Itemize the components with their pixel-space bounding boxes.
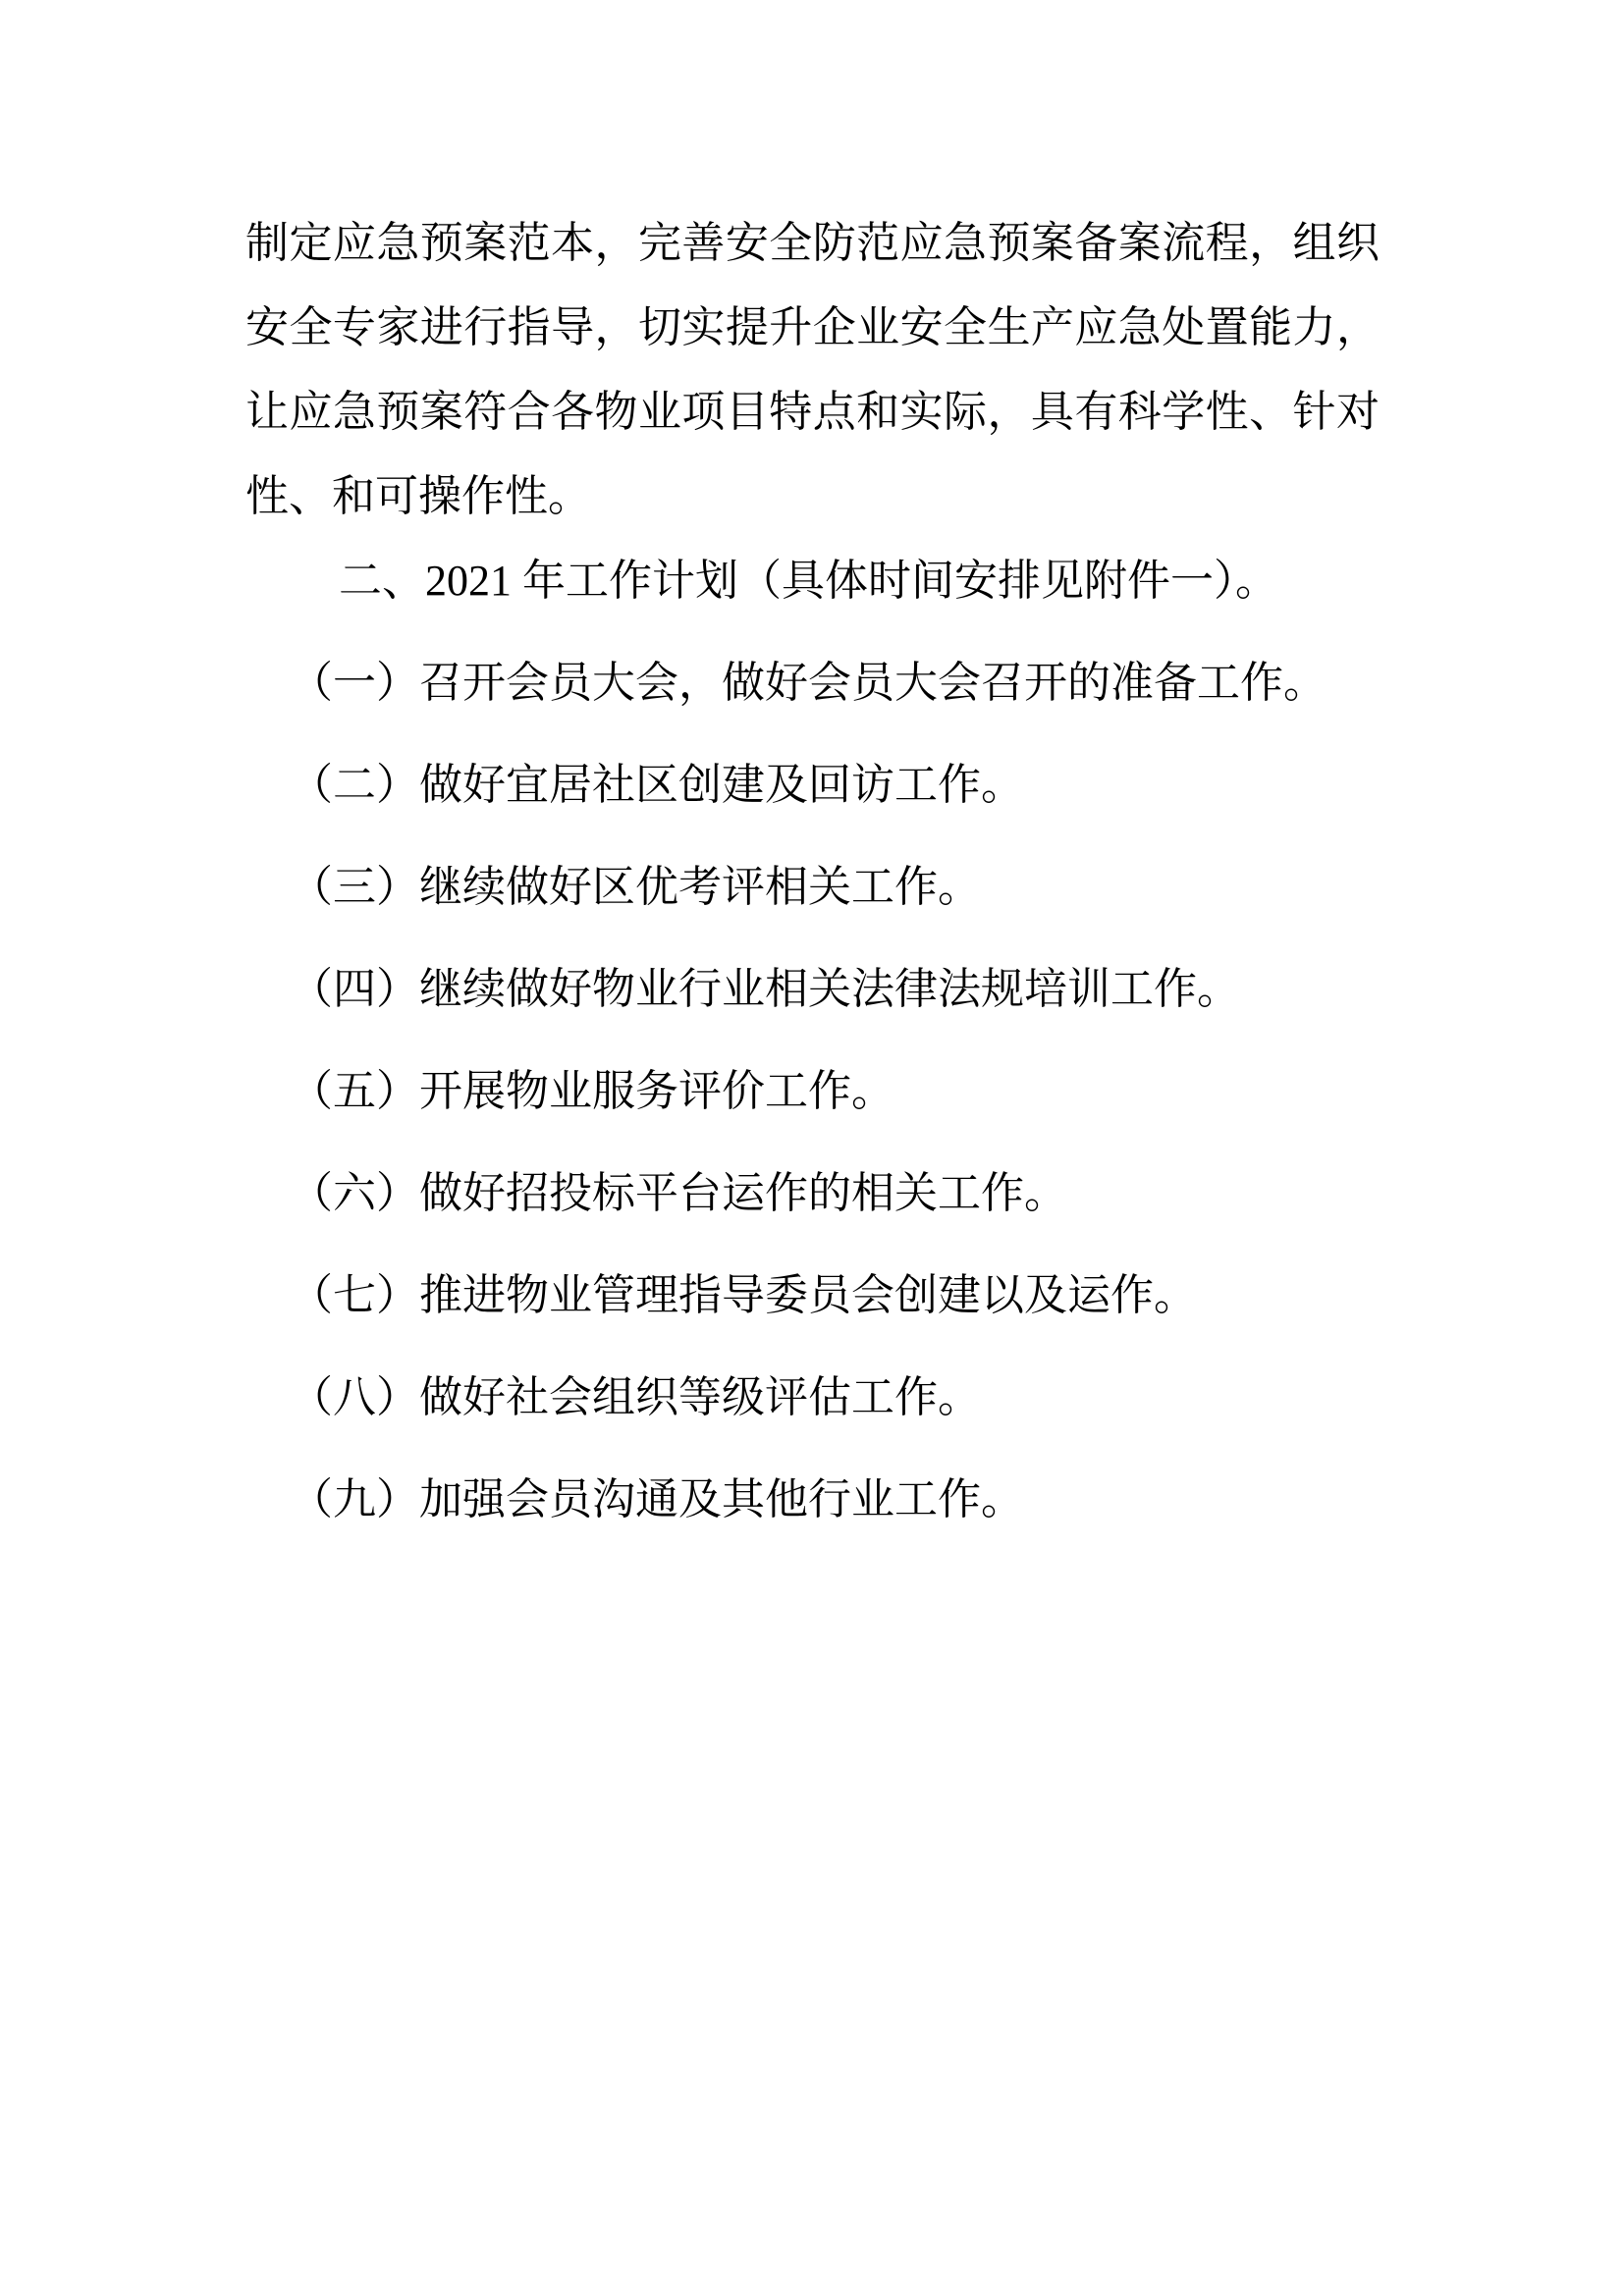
document-text-block: 制定应急预案范本，完善安全防范应急预案备案流程，组织 安全专家进行指导，切实提升… [245, 201, 1380, 1542]
body-paragraph-line-2: 安全专家进行指导，切实提升企业安全生产应急处置能力， [245, 286, 1380, 370]
work-plan-item-5: （五）开展物业服务评价工作。 [245, 1049, 1380, 1134]
body-paragraph-line-4: 性、和可操作性。 [245, 454, 1380, 539]
work-plan-item-9: （九）加强会员沟通及其他行业工作。 [245, 1458, 1380, 1542]
work-plan-item-8: （八）做好社会组织等级评估工作。 [245, 1356, 1380, 1440]
body-paragraph-line-1: 制定应急预案范本，完善安全防范应急预案备案流程，组织 [245, 201, 1380, 286]
work-plan-item-4: （四）继续做好物业行业相关法律法规培训工作。 [245, 947, 1380, 1032]
work-plan-item-1: （一）召开会员大会，做好会员大会召开的准备工作。 [245, 641, 1380, 725]
work-plan-item-2: （二）做好宜居社区创建及回访工作。 [245, 743, 1380, 828]
body-paragraph: 制定应急预案范本，完善安全防范应急预案备案流程，组织 安全专家进行指导，切实提升… [245, 201, 1380, 539]
document-page: 制定应急预案范本，完善安全防范应急预案备案流程，组织 安全专家进行指导，切实提升… [0, 0, 1624, 2296]
work-plan-item-7: （七）推进物业管理指导委员会创建以及运作。 [245, 1254, 1380, 1338]
section-heading: 二、2021 年工作计划（具体时间安排见附件一）。 [245, 539, 1380, 623]
work-plan-item-6: （六）做好招投标平台运作的相关工作。 [245, 1151, 1380, 1236]
body-paragraph-line-3: 让应急预案符合各物业项目特点和实际，具有科学性、针对 [245, 370, 1380, 454]
work-plan-item-3: （三）继续做好区优考评相关工作。 [245, 845, 1380, 930]
